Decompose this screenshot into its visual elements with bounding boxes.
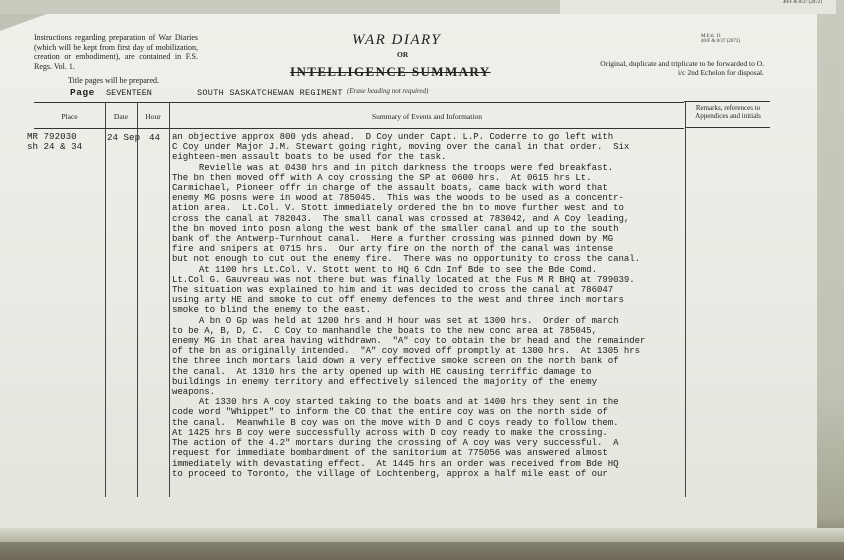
header-place: Place (34, 112, 105, 121)
col-divider-date (137, 102, 138, 497)
back-sheet: 40/F & 8/37 (2072) (560, 0, 836, 14)
title-or: OR (397, 50, 408, 59)
back-sheet-code: 40/F & 8/37 (2072) (783, 0, 822, 5)
page-number: SEVENTEEN (106, 88, 152, 98)
title-pages-note: Title pages will be prepared. (68, 76, 159, 85)
instructions-note: Instructions regarding preparation of Wa… (34, 33, 198, 71)
header-bottom-rule (34, 128, 684, 129)
unit-name: SOUTH SASKATCHEWAN REGIMENT (197, 88, 343, 98)
erase-note: (Erase heading not required) (347, 87, 428, 95)
header-date: Date (105, 112, 137, 121)
page-label: Page (70, 87, 95, 98)
summary-line: buildings in enemy territory and effecti… (172, 377, 712, 387)
form-code: M.F.sl. 11 40/F & 8/37 (2072) (701, 34, 740, 44)
page-edge (0, 528, 844, 542)
summary-line: request for immediate bombardment of the… (172, 448, 712, 458)
summary-line: to proceed to Toronto, the village of Lo… (172, 469, 712, 479)
struck-title: INTELLIGENCE SUMMARY (290, 64, 491, 80)
document-title: WAR DIARY (352, 32, 441, 49)
entry-summary: an objective approx 800 yds ahead. D Coy… (172, 132, 712, 479)
remarks-top-rule (684, 101, 770, 102)
table-top-rule (34, 102, 684, 103)
col-divider-place (105, 102, 106, 497)
entry-place: MR 792030 sh 24 & 34 (27, 132, 82, 152)
distribution-note: Original, duplicate and triplicate to be… (592, 59, 764, 77)
page-curl (0, 14, 60, 34)
header-hour: Hour (137, 112, 169, 121)
entry-hour: 44 (149, 132, 160, 143)
header-summary: Summary of Events and Information (169, 112, 685, 121)
entry-date: 24 Sep (107, 132, 140, 143)
col-divider-hour (169, 102, 170, 497)
remarks-header-rule (686, 127, 770, 128)
header-remarks: Remarks, references to Appendices and in… (688, 104, 768, 120)
